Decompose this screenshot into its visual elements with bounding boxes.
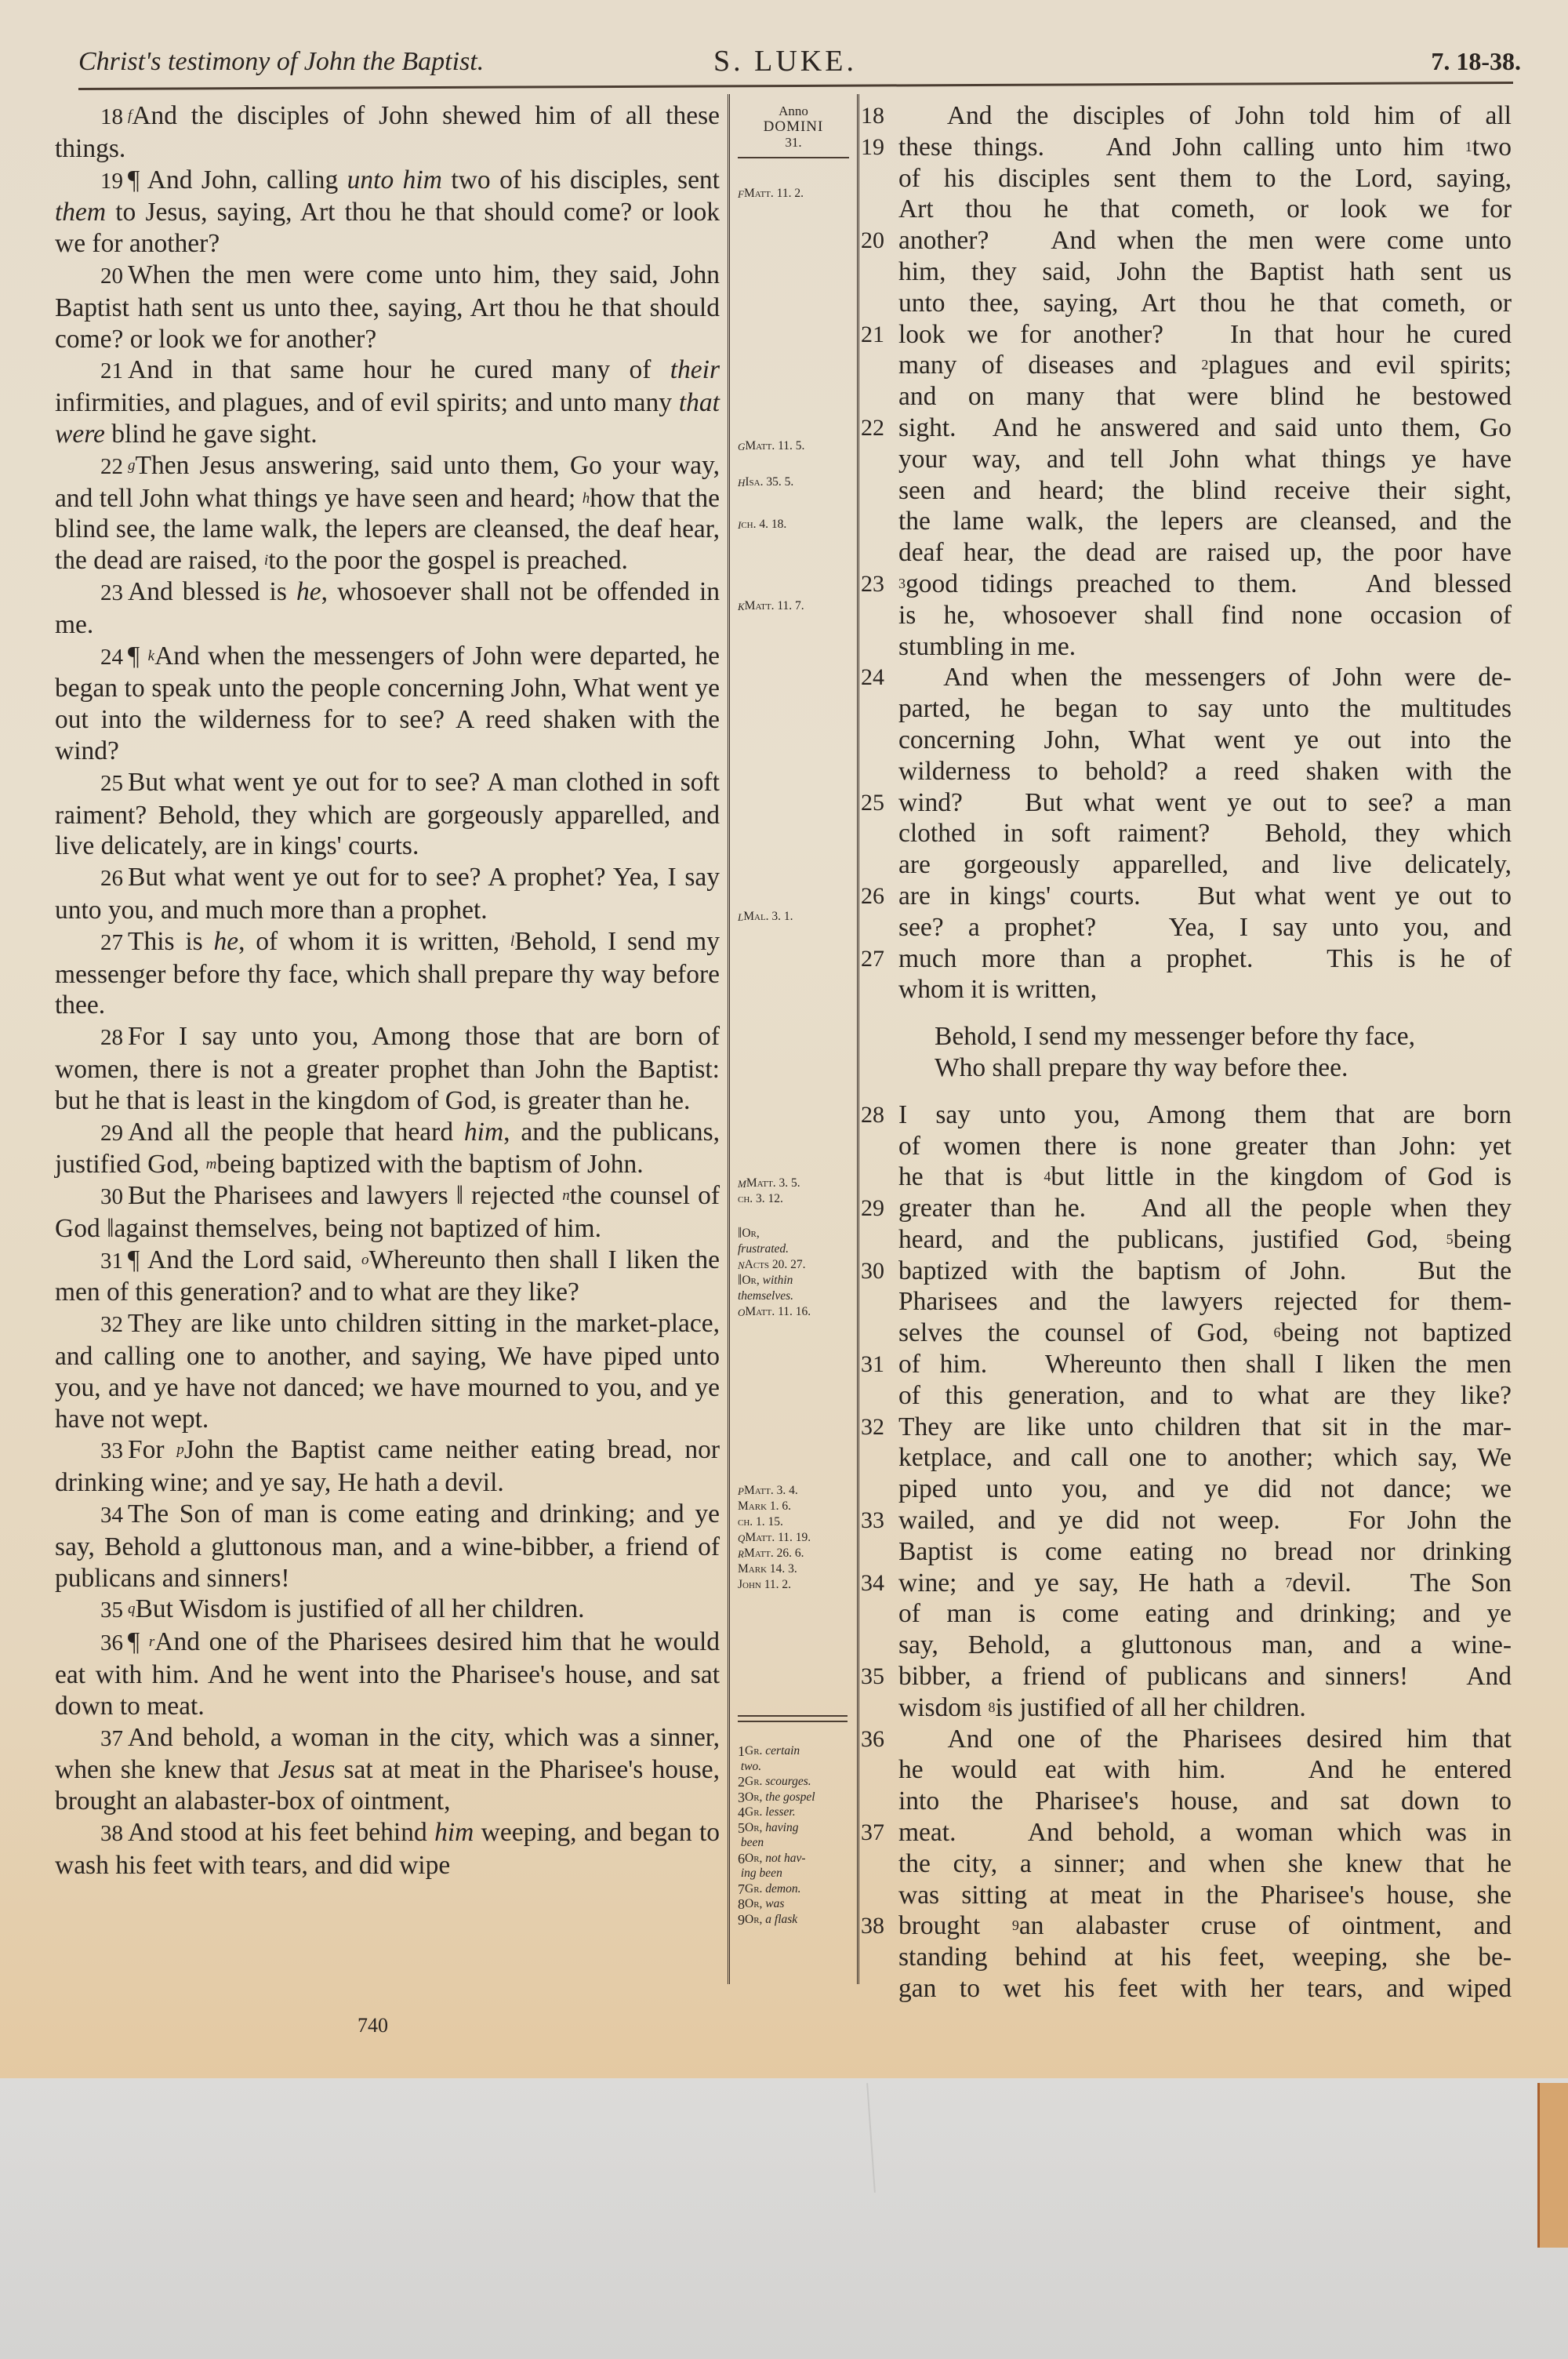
rv-line: heard, and the publicans, justified God,… [861,1224,1512,1256]
margin-cross-reference: fMatt. 11. 2. [738,187,804,202]
rv-line: unto thee, saying, Art thou he that come… [861,288,1512,319]
verse-number: 18 [100,104,123,129]
rv-line: into the Pharisee's house, and sat down … [861,1786,1512,1817]
verse-number: 25 [861,787,884,819]
verse-number: 31 [861,1349,884,1380]
av-verse-29: 29And all the people that heard him, and… [55,1117,720,1181]
anno-domini-block: Anno DOMINI 31. [730,104,857,158]
rv-line: 34wine; and ye say, He hath a 7devil. Th… [861,1568,1512,1599]
verse-number: 31 [100,1249,123,1274]
margin-footnote: 1Gr. certain [738,1744,800,1759]
margin-footnote: 7Gr. demon. [738,1882,800,1897]
anno-label: Anno [730,104,857,119]
av-verse-24: 24¶ kAnd when the messengers of John wer… [55,641,720,767]
rv-line: of man is come eating and drinking; and … [861,1598,1512,1630]
margin-footnote: 4Gr. lesser. [738,1805,796,1820]
verse-number: 23 [100,580,123,605]
rv-line: of women there is none greater than John… [861,1131,1512,1162]
margin-cross-reference: qMatt. 11. 19. [738,1531,811,1546]
rv-line: him, they said, John the Baptist hath se… [861,256,1512,288]
margin-cross-reference: Mark 14. 3. [738,1562,797,1577]
av-verse-33: 33For pJohn the Baptist came neither eat… [55,1434,720,1499]
margin-cross-reference: ch. 1. 15. [738,1515,783,1530]
rv-line: 31of him. Whereunto then shall I liken t… [861,1349,1512,1380]
rv-line: Baptist is come eating no bread nor drin… [861,1536,1512,1568]
margin-cross-reference: mMatt. 3. 5. [738,1176,800,1191]
spacer [861,1005,1512,1021]
rv-line: 18 And the disciples of John told him of… [861,100,1512,132]
rv-line: say, Behold, a gluttonous man, and a win… [861,1630,1512,1661]
av-verse-20: 20When the men were come unto him, they … [55,260,720,354]
margin-cross-reference: kMatt. 11. 7. [738,599,804,614]
margin-footnote: 8Or, was [738,1897,784,1912]
verse-number: 21 [861,319,884,351]
av-verse-32: 32They are like unto children sitting in… [55,1308,720,1434]
rv-line: deaf hear, the dead are raised up, the p… [861,537,1512,569]
rv-line: 21look we for another? In that hour he c… [861,319,1512,351]
rv-line: wilderness to behold? a reed shaken with… [861,756,1512,787]
rv-line: stumbling in me. [861,631,1512,663]
margin-cross-reference: ich. 4. 18. [738,518,786,533]
av-verse-37: 37And behold, a woman in the city, which… [55,1722,720,1817]
rv-line: standing behind at his feet, weeping, sh… [861,1942,1512,1973]
rv-line: 20another? And when the men were come un… [861,225,1512,256]
verse-number: 34 [861,1568,884,1599]
verse-number: 27 [100,930,123,955]
running-header: Christ's testimony of John the Baptist. … [78,41,1521,88]
margin-cross-reference: pMatt. 3. 4. [738,1484,798,1499]
header-section-title: Christ's testimony of John the Baptist. [78,47,484,77]
verse-number: 36 [100,1630,123,1656]
verse-number: 32 [100,1312,123,1337]
rv-line: 35bibber, a friend of publicans and sinn… [861,1661,1512,1692]
rv-line: seen and heard; the blind receive their … [861,475,1512,507]
verse-number: 22 [861,413,884,444]
margin-cross-reference: oMatt. 11. 16. [738,1305,811,1320]
verse-number: 30 [100,1184,123,1209]
av-verse-34: 34The Son of man is come eating and drin… [55,1499,720,1594]
margin-cross-reference: rMatt. 26. 6. [738,1547,804,1561]
av-verse-23: 23And blessed is he, whosoever shall not… [55,576,720,641]
verse-number: 32 [861,1412,884,1443]
rv-line: 36 And one of the Pharisees desired him … [861,1724,1512,1755]
header-book-title: S. LUKE. [713,44,857,78]
footnote-divider [738,1715,848,1722]
av-verse-30: 30But the Pharisees and lawyers ‖ reject… [55,1180,720,1245]
av-verse-36: 36¶ rAnd one of the Pharisees desired hi… [55,1627,720,1721]
verse-number: 37 [100,1726,123,1751]
rv-line: he would eat with him. And he entered [861,1754,1512,1786]
rv-line: 233good tidings preached to them. And bl… [861,569,1512,600]
margin-cross-reference: ‖Or, within [738,1274,793,1289]
rv-line: was sitting at meat in the Pharisee's ho… [861,1880,1512,1911]
authorized-version-column: 18fAnd the disciples of John shewed him … [55,100,720,1881]
verse-number: 19 [100,169,123,194]
rv-line: he that is 4but little in the kingdom of… [861,1161,1512,1193]
rv-line: 30baptized with the baptism of John. But… [861,1256,1512,1287]
verse-number: 24 [861,662,884,693]
av-verse-31: 31¶ And the Lord said, oWhereunto then s… [55,1245,720,1309]
margin-cross-reference: Mark 1. 6. [738,1499,791,1514]
rv-line: is he, whosoever shall find none occasio… [861,600,1512,631]
adjacent-page-edge [1537,2083,1568,2248]
verse-number: 35 [100,1598,123,1623]
verse-number: 35 [861,1661,884,1692]
verse-number: 34 [100,1503,123,1528]
rv-line: 27much more than a prophet. This is he o… [861,943,1512,975]
verse-number: 30 [861,1256,884,1287]
verse-number: 33 [861,1505,884,1536]
av-verse-38: 38And stood at his feet behind him weepi… [55,1817,720,1881]
margin-footnote: 5Or, having [738,1821,798,1836]
rv-line: 37meat. And behold, a woman which was in [861,1817,1512,1848]
rv-line: 33wailed, and ye did not weep. For John … [861,1505,1512,1536]
margin-footnote: 3Or, the gospel [738,1790,815,1805]
center-margin-references: Anno DOMINI 31. fMatt. 11. 2.gMatt. 11. … [728,94,859,1984]
margin-footnote: 9Or, a flask [738,1913,797,1928]
rv-line: 26are in kings' courts. But what went ye… [861,881,1512,912]
margin-cross-reference: hIsa. 35. 5. [738,475,793,490]
rv-line: many of diseases and 2plagues and evil s… [861,350,1512,381]
verse-number: 36 [861,1724,884,1755]
margin-footnote: 2Gr. scourges. [738,1775,811,1790]
rv-line: see? a prophet? Yea, I say unto you, and [861,912,1512,943]
verse-number: 27 [861,943,884,975]
verse-number: 23 [861,569,884,600]
margin-cross-reference: lMal. 3. 1. [738,910,793,925]
rv-line: 25wind? But what went ye out to see? a m… [861,787,1512,819]
anno-year: 31. [730,135,857,151]
rv-line: are gorgeously apparelled, and live deli… [861,849,1512,881]
av-verse-28: 28For I say unto you, Among those that a… [55,1021,720,1116]
margin-cross-reference: themselves. [738,1289,793,1304]
underlying-surface [0,2078,1568,2359]
scanned-page: Christ's testimony of John the Baptist. … [0,0,1568,2083]
rv-line: and on many that were blind he bestowed [861,381,1512,413]
rv-line: 22sight. And he answered and said unto t… [861,413,1512,444]
verse-number: 24 [100,645,123,670]
rv-line: whom it is written, [861,974,1512,1005]
spacer [861,1084,1512,1100]
domini-label: DOMINI [730,119,857,135]
margin-cross-reference: John 11. 2. [738,1578,791,1593]
av-verse-27: 27This is he, of whom it is written, lBe… [55,926,720,1021]
rv-line: wisdom 8is justified of all her children… [861,1692,1512,1724]
rv-line: clothed in soft raiment? Behold, they wh… [861,818,1512,849]
rv-line: 38brought 9an alabaster cruse of ointmen… [861,1910,1512,1942]
page-number: 740 [358,2014,388,2037]
rv-line: the lame walk, the lepers are cleansed, … [861,506,1512,537]
header-chapter-range: 7. 18-38. [1431,47,1521,76]
verse-number: 28 [100,1025,123,1050]
anno-rule [738,157,849,158]
verse-number: 20 [100,264,123,289]
av-verse-18: 18fAnd the disciples of John shewed him … [55,100,720,165]
verse-number: 18 [861,100,884,132]
rv-line: of his disciples sent them to the Lord, … [861,163,1512,194]
margin-footnote: 6Or, not hav- [738,1852,806,1866]
margin-cross-reference: nActs 20. 27. [738,1258,806,1273]
rv-line: Pharisees and the lawyers rejected for t… [861,1286,1512,1318]
verse-number: 28 [861,1100,884,1131]
verse-number: 21 [100,358,123,383]
verse-number: 26 [861,881,884,912]
rv-line: 29greater than he. And all the people wh… [861,1193,1512,1224]
rv-line: parted, he began to say unto the multitu… [861,693,1512,725]
rv-line: gan to wet his feet with her tears, and … [861,1973,1512,2005]
av-verse-21: 21And in that same hour he cured many of… [55,354,720,449]
rv-line: your way, and tell John what things ye h… [861,444,1512,475]
verse-number: 37 [861,1817,884,1848]
rv-line: piped unto you, and ye did not dance; we [861,1474,1512,1505]
av-verse-25: 25But what went ye out for to see? A man… [55,767,720,862]
rv-line: concerning John, What went ye out into t… [861,725,1512,756]
rv-line: Art thou he that cometh, or look we for [861,194,1512,225]
av-verse-35: 35qBut Wisdom is justified of all her ch… [55,1594,720,1627]
rv-line: 24 And when the messengers of John were … [861,662,1512,693]
margin-cross-reference: ch. 3. 12. [738,1192,783,1207]
av-verse-26: 26But what went ye out for to see? A pro… [55,862,720,926]
revised-version-column: 18 And the disciples of John told him of… [861,100,1512,2005]
margin-cross-reference: ‖Or, [738,1227,760,1241]
verse-number: 26 [100,866,123,891]
rv-line: selves the counsel of God, 6being not ba… [861,1318,1512,1349]
rv-line: the city, a sinner; and when she knew th… [861,1848,1512,1880]
rv-line: 28I say unto you, Among them that are bo… [861,1100,1512,1131]
margin-footnote: been [738,1836,764,1851]
verse-number: 38 [100,1821,123,1846]
verse-number: 25 [100,771,123,796]
rv-quotation-line: Behold, I send my messenger before thy f… [861,1021,1512,1052]
rv-line: of this generation, and to what are they… [861,1380,1512,1412]
margin-footnote: two. [738,1760,761,1775]
verse-number: 29 [861,1193,884,1224]
verse-number: 22 [100,454,123,479]
margin-cross-reference: gMatt. 11. 5. [738,439,804,454]
verse-number: 38 [861,1910,884,1942]
rv-quotation-line: Who shall prepare thy way before thee. [861,1052,1512,1084]
rv-line: ketplace, and call one to another; which… [861,1442,1512,1474]
verse-number: 19 [861,132,884,163]
margin-cross-reference: frustrated. [738,1242,789,1257]
av-verse-19: 19¶ And John, calling unto him two of hi… [55,165,720,260]
verse-number: 33 [100,1438,123,1463]
margin-footnote: ing been [738,1866,782,1881]
av-verse-22: 22gThen Jesus answering, said unto them,… [55,450,720,576]
rv-line: 32They are like unto children that sit i… [861,1412,1512,1443]
verse-number: 20 [861,225,884,256]
verse-number: 29 [100,1121,123,1146]
rv-line: 19these things. And John calling unto hi… [861,132,1512,163]
